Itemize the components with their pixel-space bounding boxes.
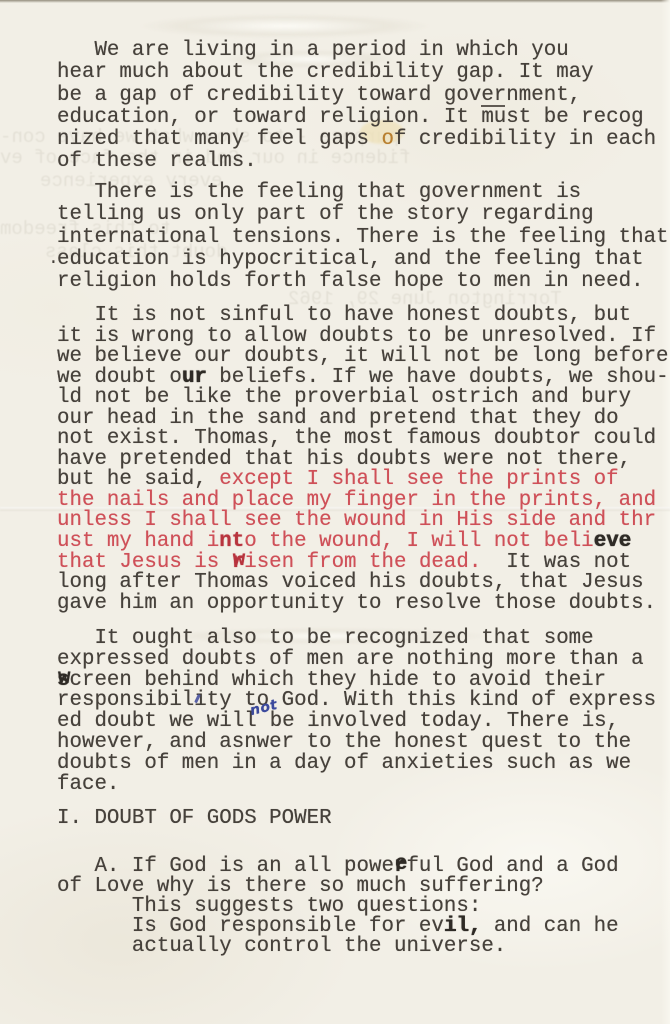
text-line: our head in the sand and pretend that th…	[57, 409, 668, 430]
text-run: international tensions. There is the fee…	[57, 226, 669, 249]
text-line: however, and asnwer to the honest quest …	[57, 733, 668, 754]
text-run: we doubt o	[57, 366, 182, 389]
text-line: be a gap of credibility toward governmen…	[57, 85, 668, 107]
text-line: ld not be like the proverbial ostrich an…	[57, 388, 668, 409]
overstrike-run: r	[394, 855, 406, 878]
text-line: it is wrong to allow doubts to be unreso…	[57, 327, 668, 348]
text-run: be a gap of credibility toward governmen…	[57, 84, 581, 107]
text-run: actually control the universe.	[57, 935, 506, 958]
text-line: education is hypocritical, and the feeli…	[57, 249, 668, 271]
text-run: We are living in a period in which you	[57, 39, 569, 62]
text-run: gave him an opportunity to resolve those…	[57, 592, 656, 615]
red-text-run: except I shall see the prints of	[219, 468, 618, 491]
text-line: We are living in a period in which you	[57, 40, 668, 62]
section-a: A. If God is an all powerful God and a G…	[57, 857, 668, 957]
text-run: however, and asnwer to the honest quest …	[57, 731, 631, 754]
heading-1: I. DOUBT OF GODS POWER	[57, 808, 668, 830]
text-line: nized that many feel gaps of credibility…	[57, 129, 668, 151]
overstrike-run: s	[57, 669, 69, 692]
text-run: telling us only part of the story regard…	[57, 203, 594, 226]
text-run: It is not sinful to have honest doubts, …	[57, 304, 631, 327]
text-run: education, or toward religion. It	[57, 106, 481, 129]
text-line: actually control the universe.	[57, 937, 668, 957]
text-line: of these realms.	[57, 151, 668, 173]
text-line: There is the feeling that government is	[57, 182, 668, 204]
red-text-run: the nails and place my finger in the pri…	[57, 489, 656, 512]
text-run: o	[381, 128, 393, 151]
text-run: religion holds forth false hope to men i…	[57, 270, 644, 293]
red-text-run: o the wound, I will not beli	[244, 530, 593, 553]
red-text-run: unless I shall see the wound in His side…	[57, 509, 656, 532]
text-run: responsibility to God. With this kind of…	[57, 689, 656, 712]
text-run: It ought also to be recognized that some	[57, 627, 594, 650]
text-line: face.	[57, 775, 668, 796]
text-line: that Jesus is risen from the dead. It wa…	[57, 553, 668, 574]
red-text-run: isen from the dead.	[244, 551, 481, 574]
text-run: have pretended that his doubts were not …	[57, 448, 631, 471]
text-run: but he said,	[57, 468, 219, 491]
text-line: ust my hand into the wound, I will not b…	[57, 532, 668, 553]
overstrike-run: eve	[594, 530, 631, 553]
text-run: st be recog	[506, 106, 643, 129]
text-line: It ought also to be recognized that some	[57, 629, 668, 650]
text-run: face.	[57, 773, 119, 796]
handwritten-not-insert: not	[257, 725, 270, 726]
text-run: f credibility in each	[394, 128, 656, 151]
text-line: not exist. Thomas, the most famous doubt…	[57, 429, 668, 450]
text-line: have pretended that his doubts were not …	[57, 450, 668, 471]
stray-ink-dot: .	[48, 249, 59, 269]
red-text-run: ust my hand i	[57, 530, 219, 553]
text-line: I. DOUBT OF GODS POWER	[57, 808, 668, 830]
scanned-typewritten-page: { "colors": { "paper": "#f2efe6", "ink_b…	[0, 0, 670, 1024]
text-run: creen behind which they hide to avoid th…	[69, 669, 606, 692]
paragraph-2: There is the feeling that government ist…	[57, 182, 668, 293]
text-line: ed doubt we willnotbe involved today. Th…	[57, 712, 668, 733]
text-line: international tensions. There is the fee…	[57, 227, 668, 249]
text-line: Is God responsible for evil, and can he	[57, 917, 668, 937]
text-line: education, or toward religion. It must b…	[57, 107, 668, 129]
text-line: screen behind which they hide to avoid t…	[57, 671, 668, 692]
paragraph-1: We are living in a period in which youhe…	[57, 40, 668, 174]
text-run: doubts of men in a day of anxieties such…	[57, 752, 631, 775]
text-line: religion holds forth false hope to men i…	[57, 271, 668, 293]
text-line: the nails and place my finger in the pri…	[57, 491, 668, 512]
text-run: we believe our doubts, it will not be lo…	[57, 345, 669, 368]
text-line: telling us only part of the story regard…	[57, 204, 668, 226]
text-line: expressed doubts of men are nothing more…	[57, 650, 668, 671]
text-line: unless I shall see the wound in His side…	[57, 511, 668, 532]
text-line: It is not sinful to have honest doubts, …	[57, 306, 668, 327]
text-run: expressed doubts of men are nothing more…	[57, 648, 644, 671]
text-line: responsibility to God. With this kind of…	[57, 691, 668, 712]
text-line: of Love why is there so much suffering?	[57, 877, 668, 897]
text-run: our head in the sand and pretend that th…	[57, 407, 619, 430]
text-line: gave him an opportunity to resolve those…	[57, 594, 668, 615]
text-line: doubts of men in a day of anxieties such…	[57, 754, 668, 775]
red-text-run: that Jesus is	[57, 551, 232, 574]
text-line: we doubt our beliefs. If we have doubts,…	[57, 368, 668, 389]
text-run: beliefs. If we have doubts, we shou-	[207, 366, 669, 389]
text-run: it is wrong to allow doubts to be unreso…	[57, 325, 656, 348]
text-line: long after Thomas voiced his doubts, tha…	[57, 573, 668, 594]
text-run: long after Thomas voiced his doubts, tha…	[57, 571, 644, 594]
text-run: education is hypocritical, and the feeli…	[57, 248, 644, 271]
paragraph-4: It ought also to be recognized that some…	[57, 629, 668, 795]
text-run: nized that many feel gaps	[57, 128, 381, 151]
text-line: A. If God is an all powerful God and a G…	[57, 857, 668, 877]
text-line: we believe our doubts, it will not be lo…	[57, 347, 668, 368]
text-run: I. DOUBT OF GODS POWER	[57, 807, 332, 830]
paragraph-3: It is not sinful to have honest doubts, …	[57, 306, 668, 614]
text-run: ld not be like the proverbial ostrich an…	[57, 386, 631, 409]
text-run: be involved today. There is,	[270, 710, 619, 733]
overstrike-run: ur	[182, 366, 207, 389]
text-line: hear much about the credibility gap. It …	[57, 62, 668, 84]
whiteout-smudge	[140, 14, 430, 38]
text-run: not exist. Thomas, the most famous doubt…	[57, 427, 656, 450]
text-line: This suggests two questions:	[57, 897, 668, 917]
text-line: but he said, except I shall see the prin…	[57, 470, 668, 491]
text-run: hear much about the credibility gap. It …	[57, 61, 594, 84]
red-text-run: r	[232, 551, 244, 574]
text-run: of these realms.	[57, 150, 257, 173]
text-run: It was not	[481, 551, 631, 574]
text-run: There is the feeling that government is	[57, 181, 581, 204]
text-run: mu	[481, 106, 506, 129]
text-run: ed doubt we will	[57, 710, 257, 733]
